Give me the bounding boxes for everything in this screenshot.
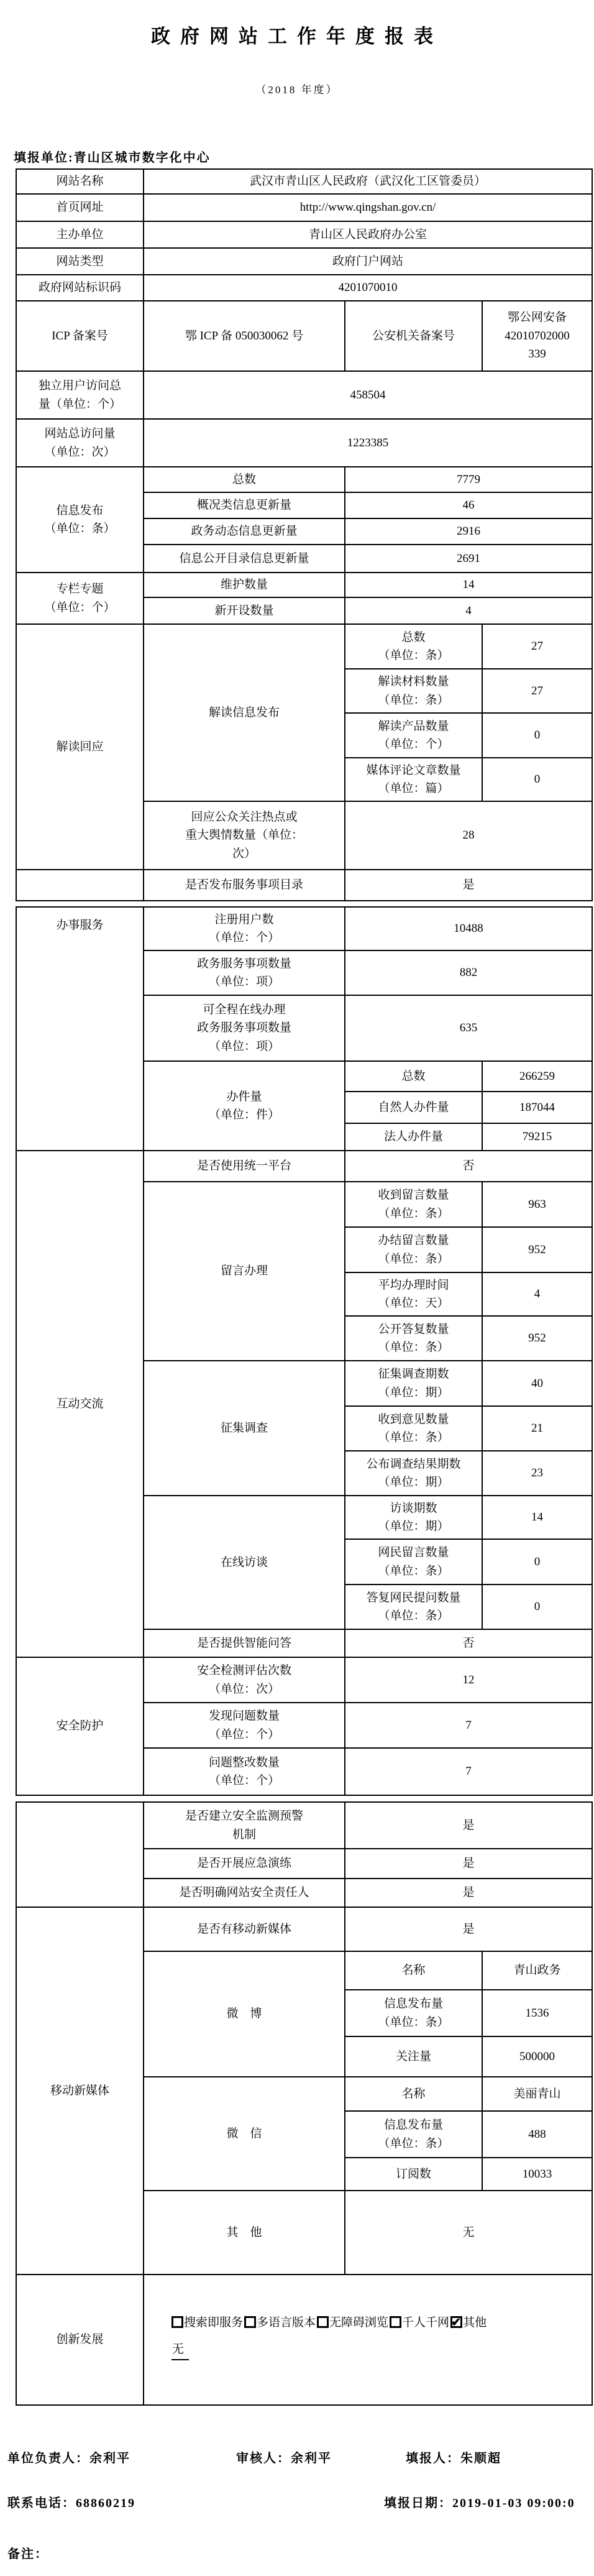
row-label: 信息公开目录信息更新量 — [144, 545, 345, 573]
row-label: 媒体评论文章数量 （单位：篇） — [345, 758, 482, 801]
catalog-label: 是否发布服务事项目录 — [144, 870, 345, 901]
interpret-release-label: 解读信息发布 — [144, 624, 345, 801]
row-value: 488 — [482, 2111, 592, 2158]
site-url-label: 首页网址 — [16, 194, 144, 221]
message-group-label: 留言办理 — [144, 1182, 345, 1361]
row-value: 是 — [345, 1849, 592, 1879]
row-label: 平均办理时间 （单位：天） — [345, 1272, 482, 1316]
row-value: 79215 — [482, 1123, 592, 1151]
checkbox-multilingual[interactable] — [244, 2316, 256, 2328]
columns-group-label: 专栏专题 （单位：个） — [16, 573, 144, 624]
checkbox-label-other: 其他 — [463, 2316, 487, 2329]
row-label: 发现问题数量 （单位：个） — [144, 1703, 345, 1748]
footer-report-date: 填报日期：2019-01-03 09:00:0 — [384, 2493, 575, 2511]
mobile-other-value: 无 — [345, 2191, 592, 2275]
security-group-label: 安全防护 — [16, 1657, 144, 1795]
has-mobile-value: 是 — [345, 1907, 592, 1951]
site-info-table: 网站名称 武汉市青山区人民政府（武汉化工区管委员） 首页网址 http://ww… — [16, 168, 593, 901]
footer-note: 备注： — [7, 2544, 48, 2562]
row-value: 40 — [482, 1361, 592, 1406]
row-value: 10488 — [345, 907, 592, 950]
row-value: 0 — [482, 713, 592, 758]
row-label: 自然人办件量 — [345, 1092, 482, 1123]
row-label: 解读材料数量 （单位：条） — [345, 669, 482, 713]
innovation-other-text: 无 — [171, 2340, 189, 2360]
checkbox-label-search-service: 搜索即服务 — [184, 2316, 243, 2329]
row-label: 注册用户数 （单位：个） — [144, 907, 345, 950]
row-value: 952 — [482, 1227, 592, 1272]
row-label: 是否明确网站安全责任人 — [144, 1879, 345, 1907]
row-value: 4 — [345, 597, 592, 624]
row-value: 0 — [482, 1539, 592, 1585]
icp-label: ICP 备案号 — [16, 301, 144, 371]
police-record-label: 公安机关备案号 — [345, 301, 482, 371]
row-value: 46 — [345, 492, 592, 518]
row-value: 21 — [482, 1406, 592, 1451]
info-release-group-label: 信息发布 （单位：条） — [16, 467, 144, 573]
row-value: 7 — [345, 1703, 592, 1748]
row-value: 0 — [482, 758, 592, 801]
row-value: 美丽青山 — [482, 2077, 592, 2111]
row-label: 安全检测评估次数 （单位：次） — [144, 1657, 345, 1703]
row-label: 可全程在线办理 政务服务事项数量 （单位：项） — [144, 995, 345, 1061]
row-value: 952 — [482, 1316, 592, 1361]
row-value: 882 — [345, 950, 592, 995]
hotspot-value: 28 — [345, 801, 592, 870]
uv-label: 独立用户访问总 量（单位：个） — [16, 371, 144, 419]
row-value: 963 — [482, 1182, 592, 1227]
row-value: 500000 — [482, 2036, 592, 2077]
row-label: 关注量 — [345, 2036, 482, 2077]
innovation-group-label: 创新发展 — [16, 2275, 144, 2405]
row-label: 网民留言数量 （单位：条） — [345, 1539, 482, 1585]
row-label: 征集调查期数 （单位：期） — [345, 1361, 482, 1406]
row-label: 法人办件量 — [345, 1123, 482, 1151]
smart-qa-label: 是否提供智能问答 — [144, 1629, 345, 1657]
row-value: 14 — [482, 1496, 592, 1539]
service-group-label: 办事服务 — [16, 907, 144, 1151]
row-value: 2691 — [345, 545, 592, 573]
uv-value: 458504 — [144, 371, 592, 419]
row-value: 27 — [482, 669, 592, 713]
site-type-label: 网站类型 — [16, 248, 144, 275]
service-interaction-table: 办事服务 注册用户数 （单位：个） 10488 政务服务事项数量 （单位：项） … — [16, 906, 593, 1796]
row-label: 政务动态信息更新量 — [144, 518, 345, 545]
row-value: 7779 — [345, 467, 592, 492]
row-label: 政务服务事项数量 （单位：项） — [144, 950, 345, 995]
hotspot-label: 回应公众关注热点或 重大舆情数量（单位： 次） — [144, 801, 345, 870]
row-label: 公开答复数量 （单位：条） — [345, 1316, 482, 1361]
icp-value: 鄂 ICP 备 050030062 号 — [144, 301, 345, 371]
row-label: 问题整改数量 （单位：个） — [144, 1748, 345, 1795]
row-label: 办结留言数量 （单位：条） — [345, 1227, 482, 1272]
checkbox-label-personalized: 千人千网 — [402, 2316, 449, 2329]
row-label: 是否开展应急演练 — [144, 1849, 345, 1879]
pv-label: 网站总访问量 （单位：次） — [16, 419, 144, 467]
empty-group-cell — [16, 1802, 144, 1907]
catalog-value: 是 — [345, 870, 592, 901]
row-label: 订阅数 — [345, 2158, 482, 2191]
innovation-options: 搜索即服务多语言版本无障碍浏览千人千网其他 — [171, 2314, 585, 2332]
unified-platform-label: 是否使用统一平台 — [144, 1151, 345, 1182]
row-label: 收到意见数量 （单位：条） — [345, 1406, 482, 1451]
row-label: 是否建立安全监测预警 机制 — [144, 1802, 345, 1849]
row-value: 青山政务 — [482, 1951, 592, 1990]
row-label: 总数 — [144, 467, 345, 492]
interaction-group-label: 互动交流 — [16, 1151, 144, 1657]
row-label: 总数 — [345, 1061, 482, 1092]
row-value: 是 — [345, 1802, 592, 1849]
row-value: 14 — [345, 573, 592, 597]
row-value: 27 — [482, 624, 592, 669]
row-label: 答复网民提问数量 （单位：条） — [345, 1585, 482, 1629]
row-value: 187044 — [482, 1092, 592, 1123]
site-url-value: http://www.qingshan.gov.cn/ — [144, 194, 592, 221]
row-label: 总数 （单位：条） — [345, 624, 482, 669]
row-value: 7 — [345, 1748, 592, 1795]
smart-qa-value: 否 — [345, 1629, 592, 1657]
row-value: 10033 — [482, 2158, 592, 2191]
innovation-content: 搜索即服务多语言版本无障碍浏览千人千网其他 无 — [144, 2275, 592, 2405]
row-label: 解读产品数量 （单位：个） — [345, 713, 482, 758]
page-subtitle: （2018 年度） — [0, 81, 594, 96]
interview-group-label: 在线访谈 — [144, 1496, 345, 1629]
checkbox-personalized[interactable] — [390, 2316, 401, 2328]
pv-value: 1223385 — [144, 419, 592, 467]
footer-reviewer: 审核人：余利平 — [236, 2448, 332, 2466]
mobile-innovation-table: 是否建立安全监测预警 机制 是 是否开展应急演练 是 是否明确网站安全责任人 是… — [16, 1801, 593, 2406]
reporting-unit: 填报单位:青山区城市数字化中心 — [14, 147, 211, 165]
has-mobile-label: 是否有移动新媒体 — [144, 1907, 345, 1951]
mobile-other-label: 其 他 — [144, 2191, 345, 2275]
site-code-label: 政府网站标识码 — [16, 275, 144, 301]
checkbox-other[interactable] — [450, 2316, 462, 2328]
row-label: 收到留言数量 （单位：条） — [345, 1182, 482, 1227]
volume-group-label: 办件量 （单位：件） — [144, 1061, 345, 1151]
row-label: 维护数量 — [144, 573, 345, 597]
checkbox-search-service[interactable] — [171, 2316, 183, 2328]
site-code-value: 4201070010 — [144, 275, 592, 301]
checkbox-accessibility[interactable] — [317, 2316, 329, 2328]
site-type-value: 政府门户网站 — [144, 248, 592, 275]
row-label: 名称 — [345, 2077, 482, 2111]
police-record-value: 鄂公网安备 42010702000 339 — [482, 301, 592, 371]
row-label: 信息发布量 （单位：条） — [345, 1990, 482, 2036]
row-value: 0 — [482, 1585, 592, 1629]
footer-unit-leader: 单位负责人：余利平 — [7, 2448, 130, 2466]
empty-group-cell — [16, 870, 144, 901]
row-label: 公布调查结果期数 （单位：期） — [345, 1451, 482, 1496]
page-title: 政府网站工作年度报表 — [0, 21, 594, 48]
site-name-value: 武汉市青山区人民政府（武汉化工区管委员） — [144, 169, 592, 194]
row-value: 是 — [345, 1879, 592, 1907]
row-value: 23 — [482, 1451, 592, 1496]
footer-phone: 联系电话：68860219 — [7, 2493, 135, 2511]
row-value: 2916 — [345, 518, 592, 545]
checkbox-label-multilingual: 多语言版本 — [257, 2316, 316, 2329]
innovation-other-line: 无 — [171, 2340, 585, 2360]
row-label: 访谈期数 （单位：期） — [345, 1496, 482, 1539]
footer-filler: 填报人：朱顺超 — [406, 2448, 501, 2466]
row-value: 1536 — [482, 1990, 592, 2036]
unified-platform-value: 否 — [345, 1151, 592, 1182]
site-name-label: 网站名称 — [16, 169, 144, 194]
row-value: 4 — [482, 1272, 592, 1316]
row-value: 12 — [345, 1657, 592, 1703]
site-host-value: 青山区人民政府办公室 — [144, 221, 592, 248]
row-label: 概况类信息更新量 — [144, 492, 345, 518]
weibo-group-label: 微 博 — [144, 1951, 345, 2077]
wechat-group-label: 微 信 — [144, 2077, 345, 2191]
checkbox-label-accessibility: 无障碍浏览 — [329, 2316, 388, 2329]
survey-group-label: 征集调查 — [144, 1361, 345, 1496]
row-value: 266259 — [482, 1061, 592, 1092]
site-host-label: 主办单位 — [16, 221, 144, 248]
row-label: 信息发布量 （单位：条） — [345, 2111, 482, 2158]
mobile-group-label: 移动新媒体 — [16, 1907, 144, 2275]
interpret-group-label: 解读回应 — [16, 624, 144, 870]
row-value: 635 — [345, 995, 592, 1061]
row-label: 新开设数量 — [144, 597, 345, 624]
row-label: 名称 — [345, 1951, 482, 1990]
